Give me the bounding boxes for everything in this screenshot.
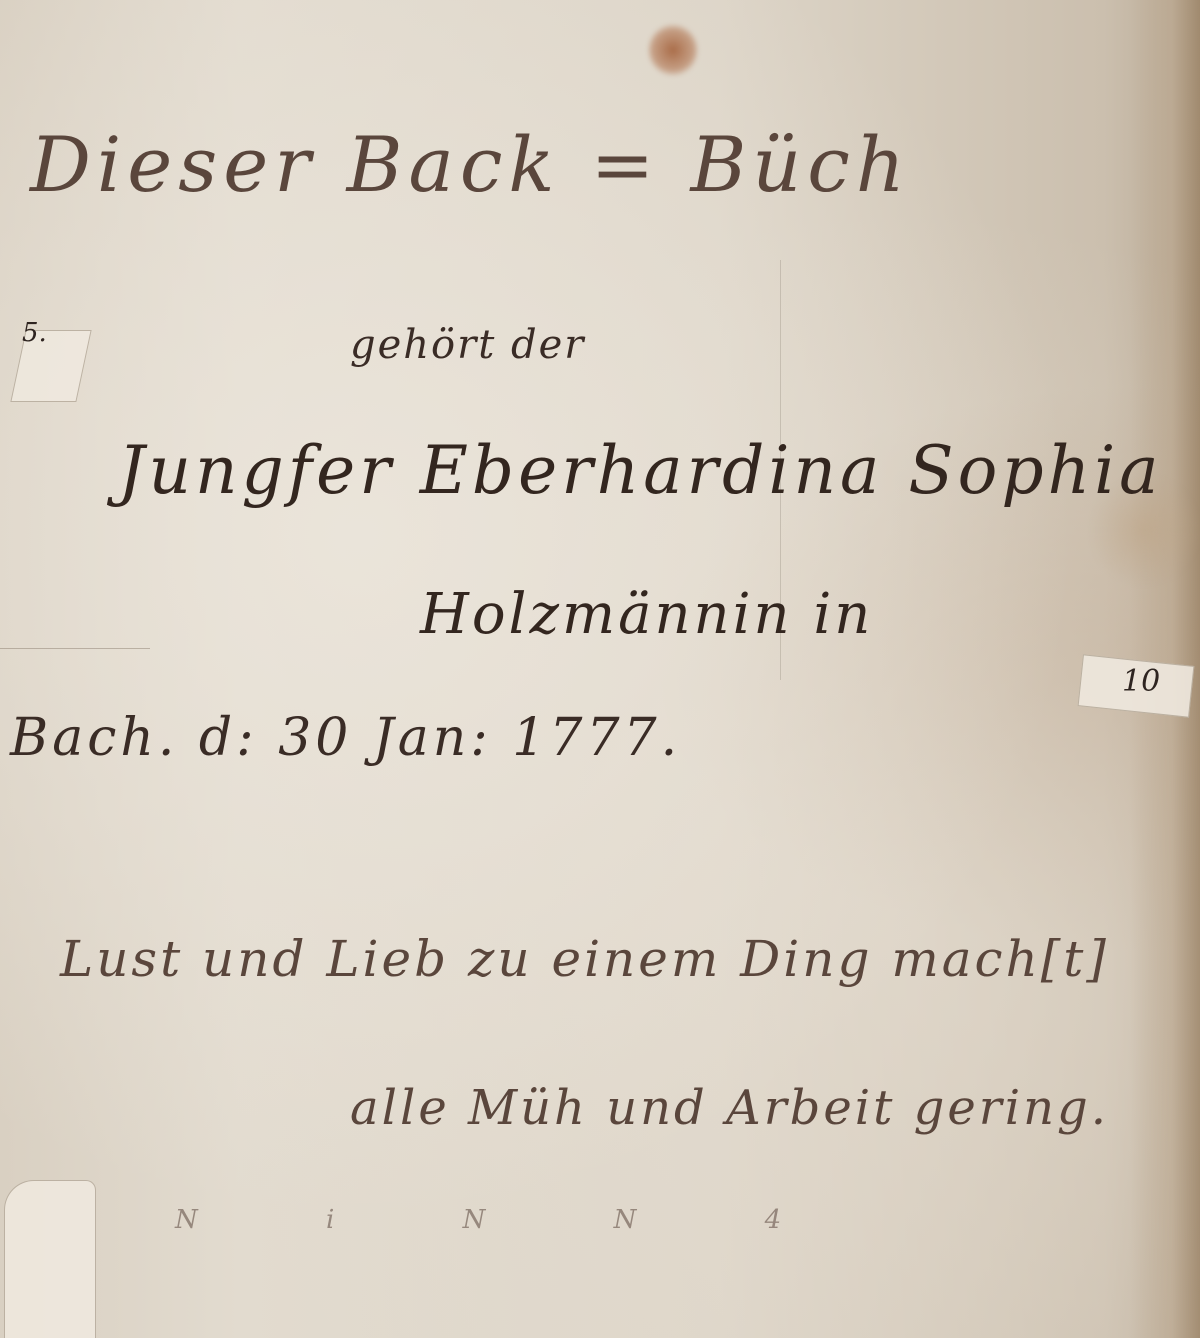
owner-surname: Holzmännin in (420, 582, 873, 647)
ownership-phrase: gehört der (350, 322, 585, 368)
manuscript-page: 5. 10 Dieser Back = Büch gehört der Jung… (0, 0, 1200, 1338)
margin-note-right: 10 (1122, 664, 1160, 699)
document-title: Dieser Back = Büch (30, 120, 911, 209)
paper-crack (0, 648, 150, 649)
proverb-line-1: Lust und Lieb zu einem Ding mach[t] (60, 930, 1109, 988)
owner-name: Jungfer Eberhardina Sophia (118, 432, 1163, 509)
faint-marks: N i N N 4 (175, 1205, 841, 1235)
paper-fragment-bottom (4, 1180, 96, 1338)
ink-stain (648, 24, 698, 76)
proverb-line-2: alle Müh und Arbeit gering. (350, 1080, 1109, 1136)
margin-note-left: 5. (22, 318, 47, 348)
place-and-date: Bach. d: 30 Jan: 1777. (10, 708, 681, 768)
